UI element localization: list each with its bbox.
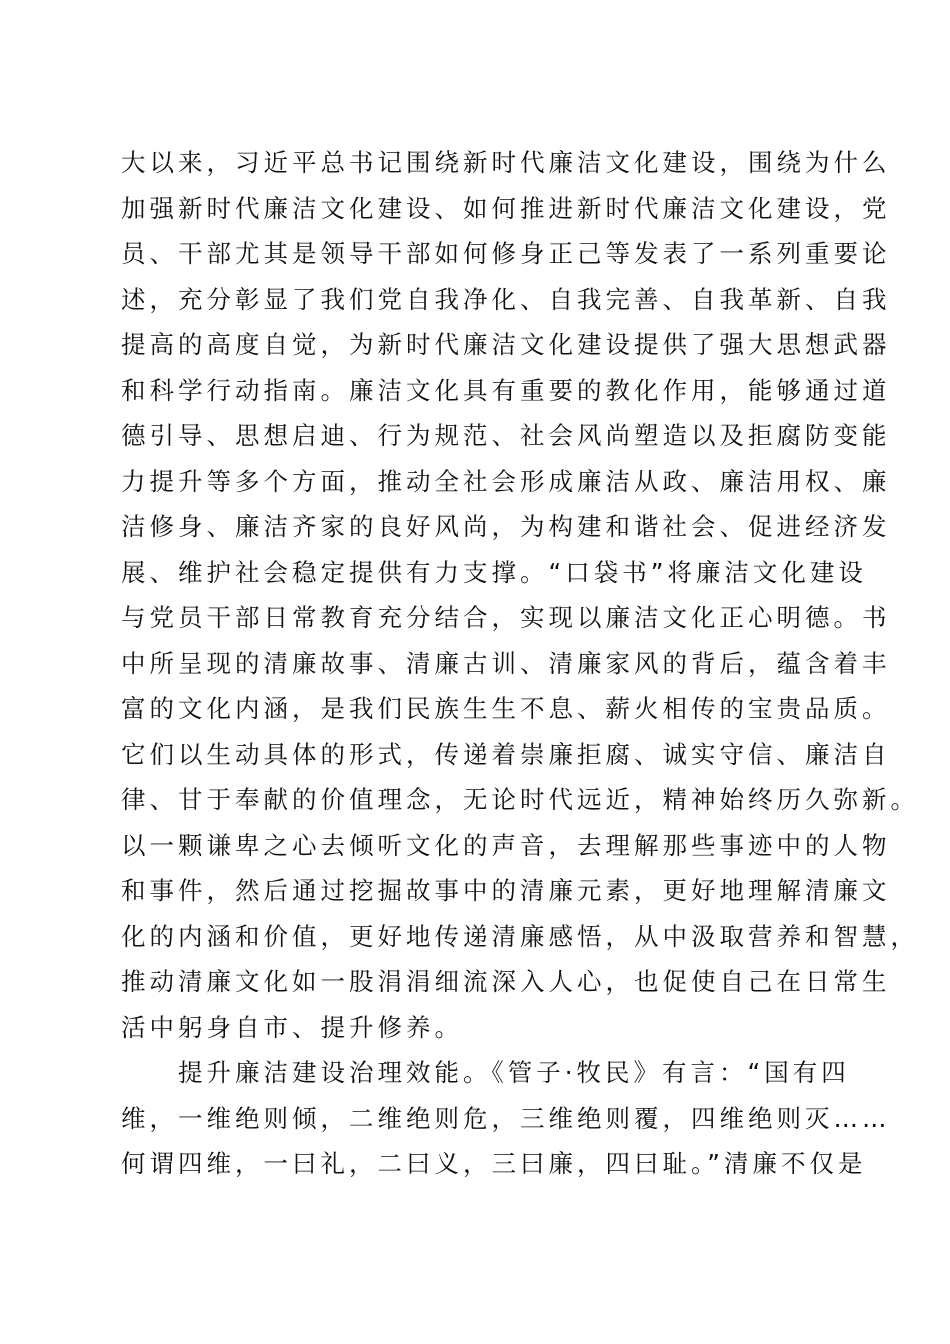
text-line: 员、干部尤其是领导干部如何修身正己等发表了一系列重要论 (121, 236, 861, 272)
text-line: 力提升等多个方面，推动全社会形成廉洁从政、廉洁用权、廉 (121, 464, 861, 500)
text-line: 和事件，然后通过挖掘故事中的清廉元素，更好地理解清廉文 (121, 873, 861, 909)
text-line: 它们以生动具体的形式，传递着崇廉拒腐、诚实守信、廉洁自 (121, 737, 861, 773)
text-line: 加强新时代廉洁文化建设、如何推进新时代廉洁文化建设，党 (121, 191, 861, 227)
text-line: 富的文化内涵，是我们民族生生不息、薪火相传的宝贵品质。 (121, 691, 861, 727)
text-line: 化的内涵和价值，更好地传递清廉感悟，从中汲取营养和智慧， (121, 919, 861, 955)
text-line: 与党员干部日常教育充分结合，实现以廉洁文化正心明德。书 (121, 600, 861, 636)
text-line: 提高的高度自觉，为新时代廉洁文化建设提供了强大思想武器 (121, 327, 861, 363)
text-line: 律、甘于奉献的价值理念，无论时代远近，精神始终历久弥新。 (121, 782, 861, 818)
text-line: 洁修身、廉洁齐家的良好风尚，为构建和谐社会、促进经济发 (121, 509, 861, 545)
text-line: 中所呈现的清廉故事、清廉古训、清廉家风的背后，蕴含着丰 (121, 646, 861, 682)
text-line: 提升廉洁建设治理效能。《管子·牧民》有言：“国有四 (121, 1055, 861, 1091)
text-line: 活中躬身自市、提升修养。 (121, 1010, 861, 1046)
text-line: 德引导、思想启迪、行为规范、社会风尚塑造以及拒腐防变能 (121, 418, 861, 454)
text-line: 以一颗谦卑之心去倾听文化的声音，去理解那些事迹中的人物 (121, 828, 861, 864)
text-line: 大以来，习近平总书记围绕新时代廉洁文化建设，围绕为什么 (121, 145, 861, 181)
text-line: 推动清廉文化如一股涓涓细流深入人心，也促使自己在日常生 (121, 964, 861, 1000)
document-page: 大以来，习近平总书记围绕新时代廉洁文化建设，围绕为什么 加强新时代廉洁文化建设、… (0, 0, 950, 1344)
text-line: 维，一维绝则倾，二维绝则危，三维绝则覆，四维绝则灭…… (121, 1101, 861, 1137)
text-line: 何谓四维，一曰礼，二曰义，三曰廉，四曰耻。”清廉不仅是 (121, 1146, 861, 1182)
text-line: 述，充分彰显了我们党自我净化、自我完善、自我革新、自我 (121, 282, 861, 318)
text-line: 展、维护社会稳定提供有力支撑。“口袋书”将廉洁文化建设 (121, 555, 861, 591)
text-line: 和科学行动指南。廉洁文化具有重要的教化作用，能够通过道 (121, 373, 861, 409)
